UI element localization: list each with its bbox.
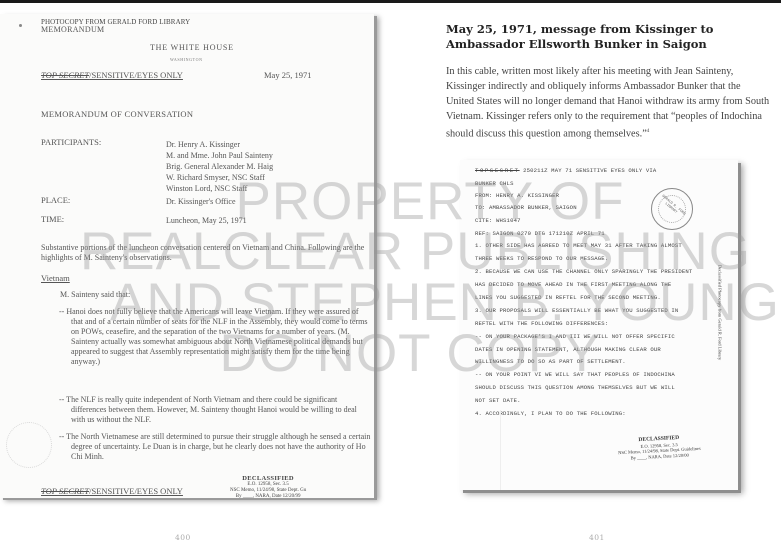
classification-text: /SENSITIVE/EYES ONLY: [89, 486, 183, 496]
cable-line: 2. BECAUSE WE CAN USE THE CHANNEL ONLY S…: [475, 268, 692, 275]
cable-scan: TOPSECRET 250211Z MAY 71 SENSITIVE EYES …: [460, 160, 738, 490]
section-heading: Vietnam: [41, 273, 70, 284]
cable-line: REF: SAIGON 0270 DTG 171210Z APRIL 71: [475, 230, 605, 237]
library-seal: GERALD R. FORD LIBRARY: [651, 188, 693, 230]
cable-line: 3. OUR PROPOSALS WILL ESSENTIALLY BE WHA…: [475, 307, 678, 314]
memo-title: MEMORANDUM OF CONVERSATION: [41, 109, 193, 120]
memo-bullet: -- The NLF is really quite independent o…: [59, 395, 371, 425]
cable-line: 4. ACCORDINGLY, I PLAN TO DO THE FOLLOWI…: [475, 410, 626, 417]
classification-footer: TOP SECRET/SENSITIVE/EYES ONLY: [41, 486, 183, 497]
top-bar: [0, 0, 781, 3]
place-value: Dr. Kissinger's Office: [166, 196, 236, 207]
declassified-stamp: DECLASSIFIED E.O. 12958, Sec. 3.5 NSC Me…: [617, 435, 701, 461]
cable-line: DATES IN OPENING STATEMENT, ALTHOUGH MAK…: [475, 346, 661, 353]
cable-line: -- ON YOUR PACKAGE'S I AND III WE WILL N…: [475, 333, 675, 340]
cable-line: NOT SET DATE.: [475, 397, 521, 404]
body-text: In this cable, written most likely after…: [446, 66, 769, 139]
cable-header-text: 250211Z MAY 71 SENSITIVE EYES ONLY VIA: [520, 167, 657, 174]
cable-line: WILLINGNESS TO DO SO AS PART OF SETTLEME…: [475, 358, 626, 365]
memorandum-scan: PHOTOCOPY FROM GERALD FORD LIBRARY MEMOR…: [0, 14, 374, 498]
classification-struck: TOP SECRET: [41, 486, 89, 496]
cable-line: HAS DECIDED TO MOVE AHEAD IN THE FIRST M…: [475, 281, 671, 288]
time-value: Luncheon, May 25, 1971: [166, 215, 247, 226]
cable-line: 1. OTHER SIDE HAS AGREED TO MEET MAY 31 …: [475, 242, 682, 249]
cable-line: LINES YOU SUGGESTED IN REFTEL FOR THE SE…: [475, 294, 661, 301]
classification-header: TOP SECRET/SENSITIVE/EYES ONLY: [41, 70, 183, 81]
side-note-text: Declassified Photocopy from Gerald R. Fo…: [718, 258, 723, 368]
cable-line: TO: AMBASSADOR BUNKER, SAIGON: [475, 204, 577, 211]
time-label: TIME:: [41, 214, 64, 225]
faded-seal: [6, 422, 52, 468]
cable-line: THREE WEEKS TO RESPOND TO OUR MESSAGE.: [475, 255, 608, 262]
letterhead-location: WASHINGTON: [170, 54, 203, 65]
page-number-left: 400: [175, 533, 191, 542]
classification-struck: TOPSECRET: [475, 167, 520, 174]
stamp-line: By ____, NARA, Date 12/20/99: [230, 494, 306, 498]
cable-line: CITE: WHS1047: [475, 217, 521, 224]
declassified-stamp: DECLASSIFIED E.O. 12958, Sec. 3.5 NSC Me…: [230, 476, 306, 498]
cable-line: -- ON YOUR POINT VI WE WILL SAY THAT PEO…: [475, 371, 675, 378]
cable-header: TOPSECRET 250211Z MAY 71 SENSITIVE EYES …: [475, 167, 656, 174]
said-that: M. Sainteny said that:: [60, 289, 130, 300]
body-paragraph: In this cable, written most likely after…: [446, 64, 771, 141]
memo-bullet: -- The North Vietnamese are still determ…: [59, 432, 371, 462]
participant: Brig. General Alexander M. Haig: [166, 161, 273, 172]
cable-line: BUNKER CHLS: [475, 180, 514, 187]
page-number-right: 401: [589, 533, 605, 542]
participant: W. Richard Smyser, NSC Staff: [166, 172, 265, 183]
participant: Dr. Henry A. Kissinger: [166, 139, 240, 150]
section-heading: May 25, 1971, message from Kissinger to …: [446, 22, 776, 52]
footnote-ref[interactable]: 4: [647, 129, 650, 134]
memo-label: MEMORANDUM: [41, 24, 104, 35]
place-label: PLACE:: [41, 195, 70, 206]
cable-line: FROM: HENRY A. KISSINGER: [475, 192, 559, 199]
letterhead: THE WHITE HOUSE: [150, 42, 234, 53]
scan-speck: [19, 24, 22, 27]
cable-line: REFTEL WITH THE FOLLOWING DIFFERENCES:: [475, 320, 608, 327]
scan-line: [500, 410, 501, 490]
classification-text: /SENSITIVE/EYES ONLY: [89, 70, 183, 80]
participants-label: PARTICIPANTS:: [41, 137, 101, 148]
declassified-side-note: Declassified Photocopy from Gerald R. Fo…: [710, 260, 730, 370]
participant: M. and Mme. John Paul Sainteny: [166, 150, 273, 161]
participant: Winston Lord, NSC Staff: [166, 183, 247, 194]
intro-paragraph: Substantive portions of the luncheon con…: [41, 243, 371, 263]
cable-line: SHOULD DISCUSS THIS QUESTION AMONG THEMS…: [475, 384, 675, 391]
memo-bullet: -- Hanoi does not fully believe that the…: [59, 307, 371, 367]
classification-struck: TOP SECRET: [41, 70, 89, 80]
memo-date: May 25, 1971: [264, 70, 311, 81]
